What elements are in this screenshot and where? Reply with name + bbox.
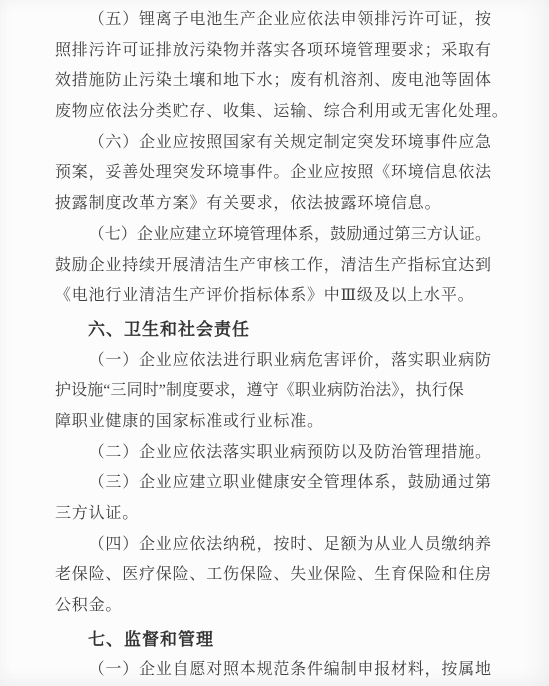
- text-line: （二）企业应依法落实职业病预防以及防治管理措施。: [55, 438, 493, 469]
- paragraph: （四）企业应依法纳税，按时、足额为从业人员缴纳养 老保险、医疗保险、工伤保险、失…: [55, 530, 493, 622]
- text-line: （一）企业应依法进行职业病危害评价，落实职业病防: [55, 346, 493, 377]
- text-line: 护设施“三同时”制度要求，遵守《职业病防治法》，执行保: [55, 376, 493, 407]
- text-line: 《电池行业清洁生产评价指标体系》中Ⅲ级及以上水平。: [55, 281, 493, 312]
- text-line: （七）企业应建立环境管理体系，鼓励通过第三方认证。: [55, 220, 493, 251]
- text-line: 公积金。: [55, 591, 493, 622]
- text-line: （六）企业应按照国家有关规定制定突发环境事件应急: [55, 128, 493, 159]
- text-line: 披露制度改革方案》有关要求，依法披露环境信息。: [55, 189, 493, 220]
- text-line: 效措施防止污染土壤和地下水；废有机溶剂、废电池等固体: [55, 66, 493, 97]
- text-line: 障职业健康的国家标准或行业标准。: [55, 407, 493, 438]
- paragraph: （二）企业应依法落实职业病预防以及防治管理措施。: [55, 438, 493, 469]
- document-page: （五）锂离子电池生产企业应依法申领排污许可证，按 照排污许可证排放污染物并落实各…: [0, 0, 549, 686]
- text-line: 预案，妥善处理突发环境事件。企业应按照《环境信息依法: [55, 158, 493, 189]
- text-line: （三）企业应建立职业健康安全管理体系，鼓励通过第: [55, 468, 493, 499]
- text-line: （五）锂离子电池生产企业应依法申领排污许可证，按: [55, 5, 493, 36]
- text-line: 废物应依法分类贮存、收集、运输、综合利用或无害化处理。: [55, 97, 493, 128]
- paragraph: （六）企业应按照国家有关规定制定突发环境事件应急 预案，妥善处理突发环境事件。企…: [55, 128, 493, 220]
- paragraph: （七）企业应建立环境管理体系，鼓励通过第三方认证。 鼓励企业持续开展清洁生产审核…: [55, 220, 493, 312]
- paragraph: （一）企业应依法进行职业病危害评价，落实职业病防 护设施“三同时”制度要求，遵守…: [55, 346, 493, 438]
- section-heading-health-social-responsibility: 六、卫生和社会责任: [55, 315, 493, 346]
- text-line: （一）企业自愿对照本规范条件编制申报材料，按属地: [55, 655, 493, 686]
- text-line: 三方认证。: [55, 499, 493, 530]
- text-line: 鼓励企业持续开展清洁生产审核工作，清洁生产指标宜达到: [55, 251, 493, 282]
- paragraph: （一）企业自愿对照本规范条件编制申报材料，按属地: [55, 655, 493, 686]
- section-heading-supervision-management: 七、监督和管理: [55, 625, 493, 656]
- paragraph: （五）锂离子电池生产企业应依法申领排污许可证，按 照排污许可证排放污染物并落实各…: [55, 5, 493, 128]
- paragraph: （三）企业应建立职业健康安全管理体系，鼓励通过第 三方认证。: [55, 468, 493, 529]
- text-line: 照排污许可证排放污染物并落实各项环境管理要求；采取有: [55, 36, 493, 67]
- text-line: （四）企业应依法纳税，按时、足额为从业人员缴纳养: [55, 530, 493, 561]
- text-line: 老保险、医疗保险、工伤保险、失业保险、生育保险和住房: [55, 560, 493, 591]
